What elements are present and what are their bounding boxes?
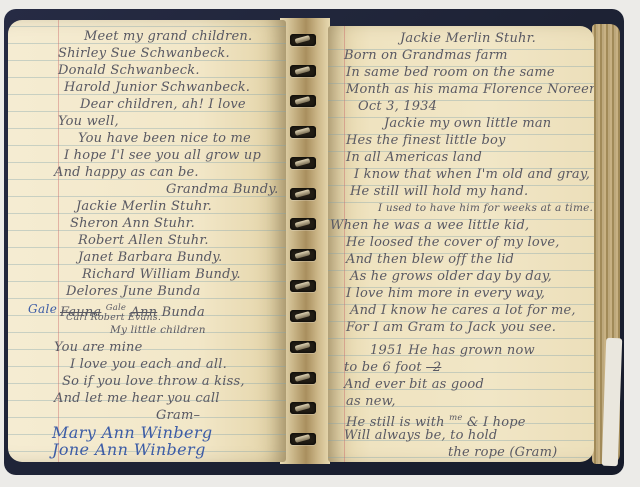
spiral-wire [295, 434, 311, 443]
binding-hole [290, 65, 316, 77]
binding-hole [290, 402, 316, 414]
binding-hole [290, 280, 316, 292]
spiral-wire [295, 66, 311, 75]
handwriting-line: So if you love throw a kiss, [62, 373, 286, 390]
handwriting-line: Harold Junior Schwanbeck. [64, 79, 286, 96]
handwriting-line: Month as his mama Florence Noreene. [346, 81, 594, 98]
binding-hole [290, 95, 316, 107]
left-page: Meet my grand children.Shirley Sue Schwa… [8, 20, 286, 462]
handwriting-line: to be 6 foot –2 [344, 359, 594, 376]
handwriting-line: 1951 He has grown now [370, 342, 594, 359]
handwriting-line: For I am Gram to Jack you see. [346, 319, 594, 336]
handwriting-line: You have been nice to me [78, 130, 286, 147]
handwriting-line: I used to have him for weeks at a time. [378, 200, 594, 217]
binding-hole [290, 341, 316, 353]
binding-hole [290, 372, 316, 384]
handwriting-line: as new, [346, 393, 594, 410]
handwriting-line: He still will hold my hand. [350, 183, 594, 200]
handwriting-line: He still is with me & I hope [346, 410, 594, 427]
binding-hole [290, 188, 316, 200]
spiral-wire [295, 373, 311, 382]
handwriting-line: Delores June Bunda [66, 283, 286, 300]
spiral-wire [295, 250, 311, 259]
binding-hole [290, 34, 316, 46]
handwriting-line: In all Americas land [346, 149, 594, 166]
notebook-photo: Meet my grand children.Shirley Sue Schwa… [0, 0, 640, 487]
handwriting-line: Grandma Bundy. [166, 181, 286, 198]
handwriting-line: Jackie my own little man [384, 115, 594, 132]
spiral-wire [295, 97, 311, 106]
binding-hole [290, 157, 316, 169]
handwriting-line: the rope (Gram) [448, 444, 594, 461]
handwriting-line: And let me hear you call [54, 390, 286, 407]
handwriting-line: You are mine [54, 339, 286, 356]
handwriting-line: I love you each and all. [70, 356, 286, 373]
handwriting-line: Dear children, ah! I love [80, 96, 286, 113]
handwriting-line: Jackie Merlin Stuhr. [76, 198, 286, 215]
handwriting-line: My little children [110, 322, 286, 339]
handwriting-line: Janet Barbara Bundy. [78, 249, 286, 266]
handwriting-line: I know that when I'm old and gray, [354, 166, 594, 183]
right-page: Jackie Merlin Stuhr.Born on Grandmas far… [328, 26, 594, 462]
handwriting-line: Richard William Bundy. [82, 266, 286, 283]
spiral-wire [295, 311, 311, 320]
handwriting-line: Shirley Sue Schwanbeck. [58, 45, 286, 62]
handwriting-line: Born on Grandmas farm [344, 47, 594, 64]
handwriting-line: Hes the finest little boy [346, 132, 594, 149]
text-segment: to be 6 foot [344, 360, 426, 375]
handwriting-line: I hope I'l see you all grow up [64, 147, 286, 164]
text-segment: Bunda [162, 305, 205, 320]
binding-gutter [280, 18, 330, 464]
handwriting-line: I love him more in every way, [346, 285, 594, 302]
handwriting-line: Sheron Ann Stuhr. [70, 215, 286, 232]
handwriting-line: Meet my grand children. [84, 28, 286, 45]
margin-note-gale: Gale [28, 302, 57, 316]
right-page-handwriting: Jackie Merlin Stuhr.Born on Grandmas far… [344, 30, 594, 461]
struck-text: –2 [426, 360, 441, 375]
spiral-wire [295, 127, 311, 136]
handwriting-line: When he was a wee little kid, [330, 217, 594, 234]
handwriting-line: Will always be, to hold [344, 427, 594, 444]
handwriting-line: Oct 3, 1934 [358, 98, 594, 115]
spiral-wire [295, 342, 311, 351]
spiral-wire [295, 35, 311, 44]
handwriting-line: Robert Allen Stuhr. [78, 232, 286, 249]
binding-hole [290, 310, 316, 322]
spiral-wire [295, 281, 311, 290]
spiral-wire [295, 158, 311, 167]
handwriting-line: Mary Ann Winberg [52, 424, 286, 441]
handwriting-line: Jackie Merlin Stuhr. [400, 30, 594, 47]
binding-hole [290, 218, 316, 230]
handwriting-line: He loosed the cover of my love, [346, 234, 594, 251]
handwriting-line: And happy as can be. [54, 164, 286, 181]
binding-hole [290, 249, 316, 261]
left-page-handwriting: Meet my grand children.Shirley Sue Schwa… [48, 28, 286, 458]
binding-hole [290, 433, 316, 445]
handwriting-line: In same bed room on the same [346, 64, 594, 81]
handwriting-line: And then blew off the lid [346, 251, 594, 268]
inserted-text: me [449, 413, 463, 423]
handwriting-line: You well, [58, 113, 286, 130]
binding-hole [290, 126, 316, 138]
handwriting-line: Donald Schwanbeck. [58, 62, 286, 79]
spiral-wire [295, 219, 311, 228]
handwriting-line: Jone Ann Winberg [52, 441, 286, 458]
handwriting-line: Gram– [156, 407, 286, 424]
handwriting-line: And ever bit as good [344, 376, 594, 393]
handwriting-line: As he grows older day by day, [350, 268, 594, 285]
handwriting-line: And I know he cares a lot for me, [350, 302, 594, 319]
spiral-wire [295, 189, 311, 198]
spiral-wire [295, 404, 311, 413]
